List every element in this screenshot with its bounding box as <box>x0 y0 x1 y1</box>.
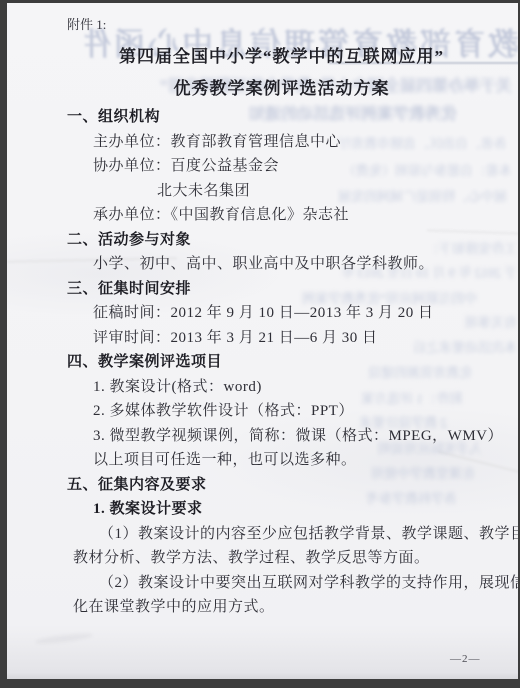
body-line: 3. 微型教学视频课例，简称：微课（格式：MPEG，WMV） <box>93 424 496 449</box>
subsection-heading: 1. 教案设计要求 <box>93 497 496 522</box>
body-line: 1. 教案设计(格式：word) <box>93 375 496 400</box>
section-heading: 三、征集时间安排 <box>67 277 496 302</box>
body-line: 主办单位：教育部教育管理信息中心 <box>93 130 496 155</box>
section-heading: 四、教学案例评选项目 <box>67 350 496 375</box>
body-line: 化在课堂教学中的应用方式。 <box>73 595 496 620</box>
body-line: 征稿时间：2012 年 9 月 10 日—2013 年 3 月 20 日 <box>93 301 496 326</box>
body-line: 2. 多媒体教学软件设计（格式：PPT） <box>93 399 496 424</box>
section-heading: 二、活动参与对象 <box>67 228 496 253</box>
body-line: （1）教案设计的内容至少应包括教学背景、教学课题、教学目标、 <box>99 522 496 547</box>
document-title-line1: 第四届全国中小学“教学中的互联网应用” <box>67 41 496 73</box>
body-line: 北大未名集团 <box>157 179 496 204</box>
body-line: （2）教案设计中要突出互联网对学科教学的支持作用，展现信息 <box>99 571 496 596</box>
paper-smudge <box>35 631 93 645</box>
section-heading: 五、征集内容及要求 <box>67 473 496 498</box>
body-line: 以上项目可任选一种，也可以选多种。 <box>93 448 496 473</box>
body-line: 教材分析、教学方法、教学过程、教学反思等方面。 <box>73 546 496 571</box>
section-heading: 一、组织机构 <box>67 105 496 130</box>
body-line: 协办单位：百度公益基金会 <box>93 154 496 179</box>
body-line: 承办单位：《中国教育信息化》杂志社 <box>93 203 496 228</box>
document-title-line2: 优秀教学案例评选活动方案 <box>67 73 496 105</box>
body-line: 小学、初中、高中、职业高中及中职各学科教师。 <box>93 252 496 277</box>
body-line: 评审时间：2013 年 3 月 21 日—6 月 30 日 <box>93 326 496 351</box>
attachment-label: 附件 1: <box>67 15 496 35</box>
page-number: —2— <box>450 653 481 665</box>
document-content: 附件 1: 第四届全国中小学“教学中的互联网应用” 优秀教学案例评选活动方案 一… <box>67 15 496 620</box>
scanned-document: 教育部教育管理信息中心函件 关于举办第四届全国中小学“教学中的互联网应用” 优秀… <box>0 0 520 688</box>
paper-page: 教育部教育管理信息中心函件 关于举办第四届全国中小学“教学中的互联网应用” 优秀… <box>7 3 518 679</box>
